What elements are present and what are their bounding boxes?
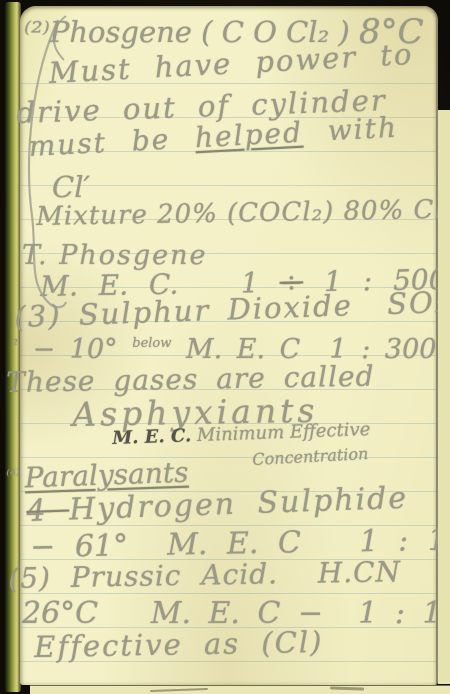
- notebook-page: ⁽²⁾Phosgene ( C O Cl₂ ) 8°C Must have po…: [20, 6, 438, 685]
- underlined-word-helped: helped: [194, 116, 304, 155]
- line-paralysants-heading: ⁽⁴⁾ Paralysants: [6, 458, 189, 494]
- next-page-edge: [30, 685, 450, 694]
- line-mec-hcn: 26°C M. E. C − 1 : 10000: [22, 598, 450, 630]
- margin-number-4: ⁽⁴⁾: [6, 465, 25, 484]
- mec-abbreviation: M. E. C.: [112, 425, 192, 449]
- line-effective-as-cl: Effective as (Cl): [34, 627, 324, 662]
- scanned-notebook-photo: ⁽²⁾Phosgene ( C O Cl₂ ) 8°C Must have po…: [0, 0, 450, 694]
- line-mec-so2: ² − 10° below M. E. C 1 : 3000: [12, 336, 450, 364]
- margin-subscript-2: ²: [12, 336, 18, 354]
- struck-item-number: 4: [26, 493, 70, 529]
- inserted-word-below: below: [132, 336, 171, 351]
- line-cl: Cl′: [52, 172, 90, 202]
- line-t-phosgene: T. Phosgene: [22, 242, 208, 270]
- line-prussic-acid: (5) Prussic Acid. H.CN: [8, 557, 401, 593]
- page-edge-right: [438, 110, 450, 684]
